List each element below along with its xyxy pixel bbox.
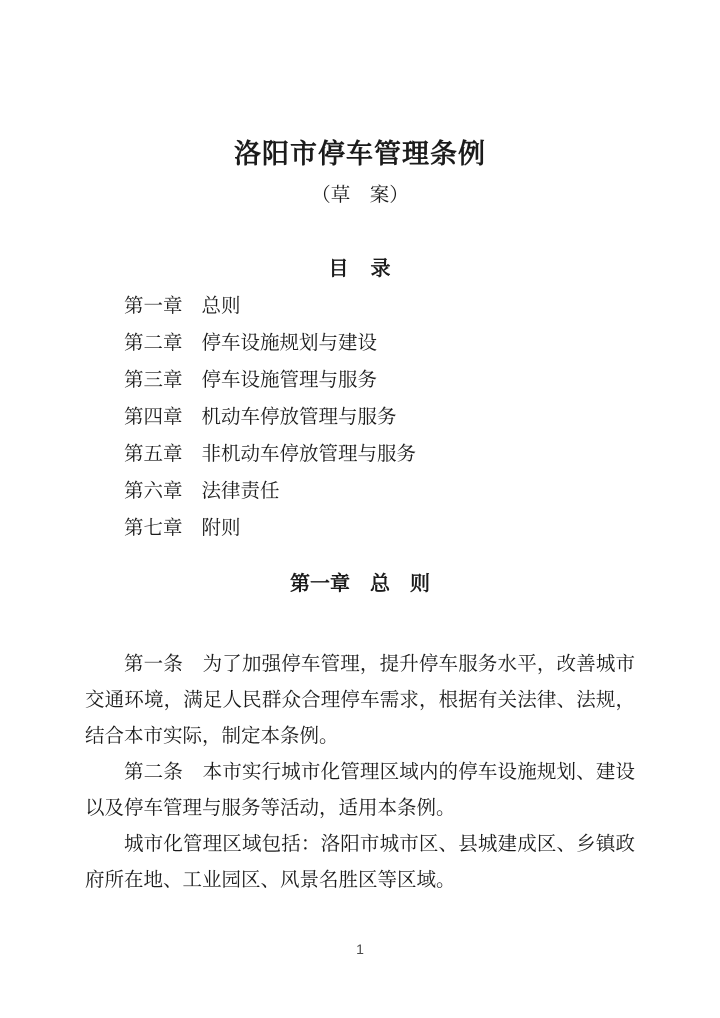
page-number: 1 [0,941,720,957]
chapter-one-heading: 第一章 总 则 [0,569,720,599]
toc-chapter-title: 停车设施管理与服务 [202,369,378,391]
toc-item: 第七章附则 [124,510,720,547]
document-subtitle: （草 案） [0,180,720,210]
document-page: 洛阳市停车管理条例 （草 案） 目 录 第一章总则第二章停车设施规划与建设第三章… [0,0,720,1018]
toc-chapter-label: 第五章 [124,443,183,465]
paragraph-article-1: 第一条 为了加强停车管理，提升停车服务水平，改善城市交通环境，满足人民群众合理停… [85,646,635,754]
toc-chapter-title: 非机动车停放管理与服务 [202,443,417,465]
toc-chapter-label: 第四章 [124,406,183,428]
toc-item: 第一章总则 [124,288,720,325]
toc-item: 第三章停车设施管理与服务 [124,362,720,399]
document-title: 洛阳市停车管理条例 [0,136,720,172]
toc-item: 第六章法律责任 [124,473,720,510]
document-body: 第一条 为了加强停车管理，提升停车服务水平，改善城市交通环境，满足人民群众合理停… [85,646,635,898]
toc-item: 第四章机动车停放管理与服务 [124,399,720,436]
toc-chapter-label: 第一章 [124,295,183,317]
toc-chapter-title: 附则 [202,517,241,539]
toc-chapter-label: 第七章 [124,517,183,539]
paragraph-article-2-scope: 城市化管理区域包括：洛阳市城市区、县城建成区、乡镇政府所在地、工业园区、风景名胜… [85,826,635,898]
toc-chapter-label: 第六章 [124,480,183,502]
toc-heading: 目 录 [0,254,720,284]
toc-list: 第一章总则第二章停车设施规划与建设第三章停车设施管理与服务第四章机动车停放管理与… [0,288,720,547]
toc-chapter-label: 第三章 [124,369,183,391]
toc-chapter-title: 法律责任 [202,480,280,502]
toc-item: 第二章停车设施规划与建设 [124,325,720,362]
toc-item: 第五章非机动车停放管理与服务 [124,436,720,473]
toc-chapter-title: 停车设施规划与建设 [202,332,378,354]
toc-chapter-title: 总则 [202,295,241,317]
toc-chapter-title: 机动车停放管理与服务 [202,406,397,428]
paragraph-article-2: 第二条 本市实行城市化管理区域内的停车设施规划、建设以及停车管理与服务等活动，适… [85,754,635,826]
toc-chapter-label: 第二章 [124,332,183,354]
